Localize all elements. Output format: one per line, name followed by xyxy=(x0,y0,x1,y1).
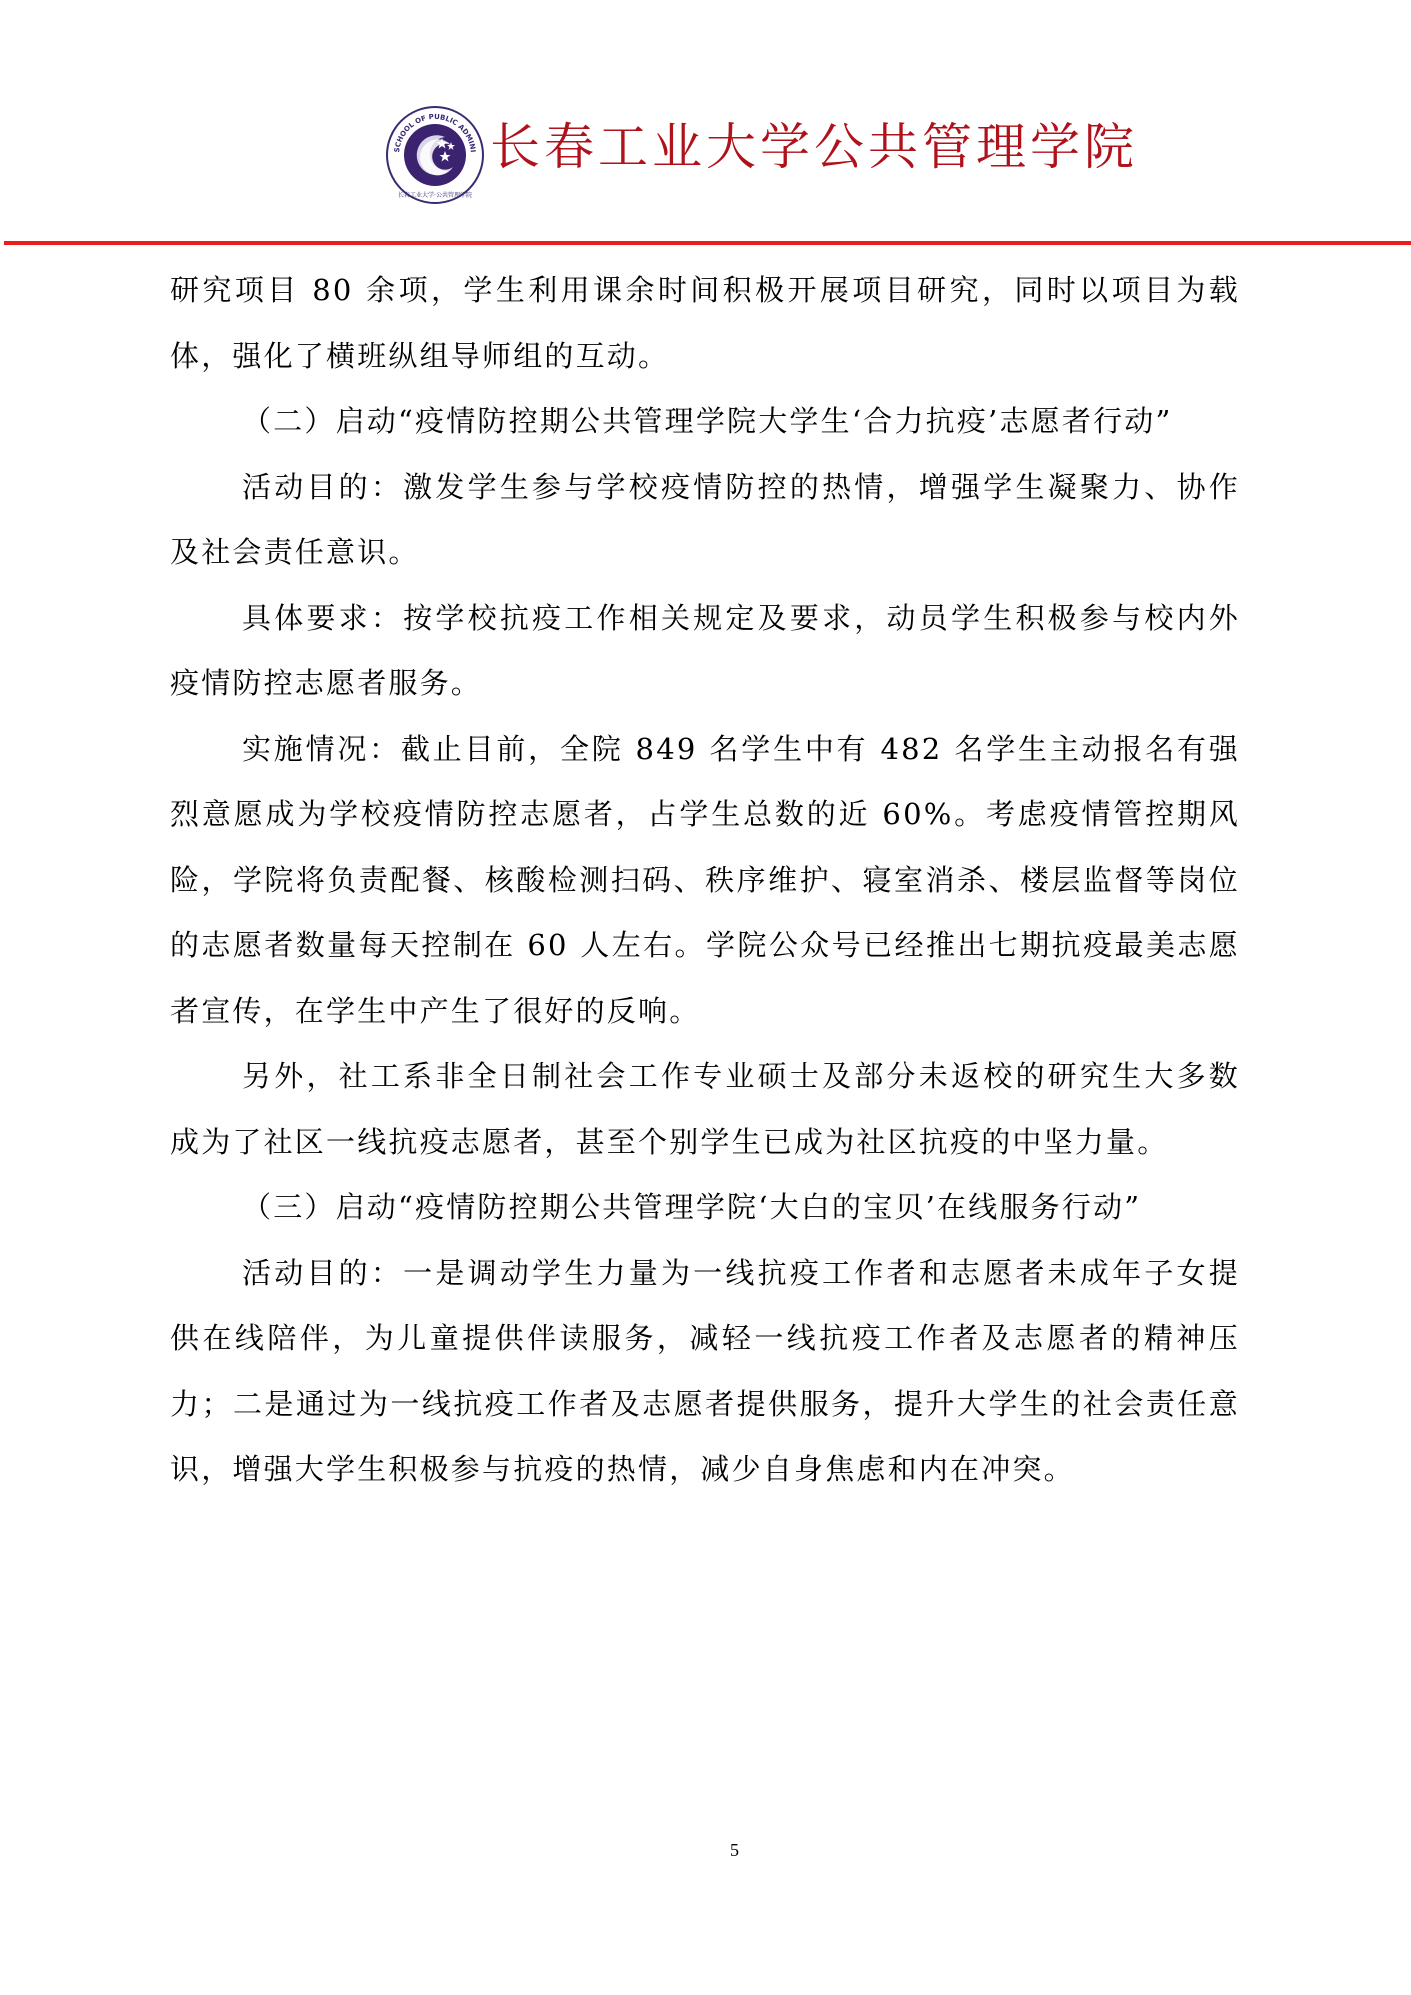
section-heading-2: （二）启动“疫情防控期公共管理学院大学生‘合力抗疫’志愿者行动” xyxy=(170,389,1240,455)
svg-text:长春工业大学·公共管理学院: 长春工业大学·公共管理学院 xyxy=(398,191,472,199)
document-body: 研究项目 80 余项，学生利用课余时间积极开展项目研究，同时以项目为载体，强化了… xyxy=(170,258,1240,1503)
paragraph-continuation: 研究项目 80 余项，学生利用课余时间积极开展项目研究，同时以项目为载体，强化了… xyxy=(170,258,1240,389)
paragraph-activity-goal: 活动目的：激发学生参与学校疫情防控的热情，增强学生凝聚力、协作及社会责任意识。 xyxy=(170,455,1240,586)
paragraph-activity-goal-2: 活动目的：一是调动学生力量为一线抗疫工作者和志愿者未成年子女提供在线陪伴，为儿童… xyxy=(170,1241,1240,1503)
header-divider xyxy=(4,241,1411,245)
school-logo-icon: SCHOOL OF PUBLIC ADMINISTRATION.CCUT 长春工… xyxy=(385,105,485,205)
paragraph-requirements: 具体要求：按学校抗疫工作相关规定及要求，动员学生积极参与校内外疫情防控志愿者服务… xyxy=(170,586,1240,717)
school-name-title: 长春工业大学公共管理学院 xyxy=(490,112,1138,182)
paragraph-additional: 另外，社工系非全日制社会工作专业硕士及部分未返校的研究生大多数成为了社区一线抗疫… xyxy=(170,1044,1240,1175)
page-number: 5 xyxy=(730,1840,739,1861)
paragraph-implementation: 实施情况：截止目前，全院 849 名学生中有 482 名学生主动报名有强烈意愿成… xyxy=(170,717,1240,1045)
section-heading-3: （三）启动“疫情防控期公共管理学院‘大白的宝贝’在线服务行动” xyxy=(170,1175,1240,1241)
